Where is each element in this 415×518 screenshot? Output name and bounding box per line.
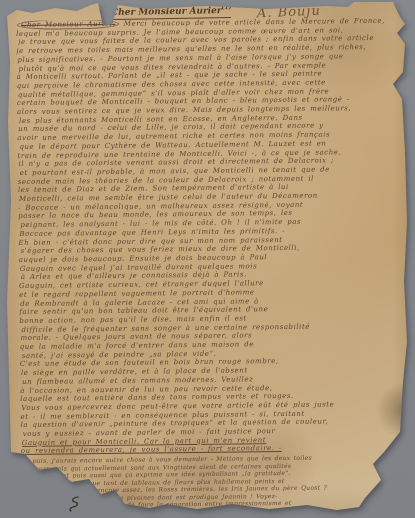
letter-body: Cher Monsieur Aurier, Merci beaucoup de … [16, 17, 412, 511]
letter-lines: Cher Monsieur Aurier, Merci beaucoup de … [16, 17, 411, 457]
salutation-text: Cher Monsieur Aurier [111, 6, 222, 18]
salutation-header: Cher Monsieur Aurier(1) [111, 4, 232, 20]
letter-paper-wrap: Cher Monsieur Aurier(1) A. Bouju Cher Mo… [7, 2, 409, 512]
letter-paper: Cher Monsieur Aurier(1) A. Bouju Cher Mo… [7, 2, 409, 512]
ink-squiggle-mark [66, 496, 84, 512]
footnote-mark: (1) [221, 4, 231, 11]
photo-background: Cher Monsieur Aurier(1) A. Bouju Cher Mo… [0, 0, 415, 518]
